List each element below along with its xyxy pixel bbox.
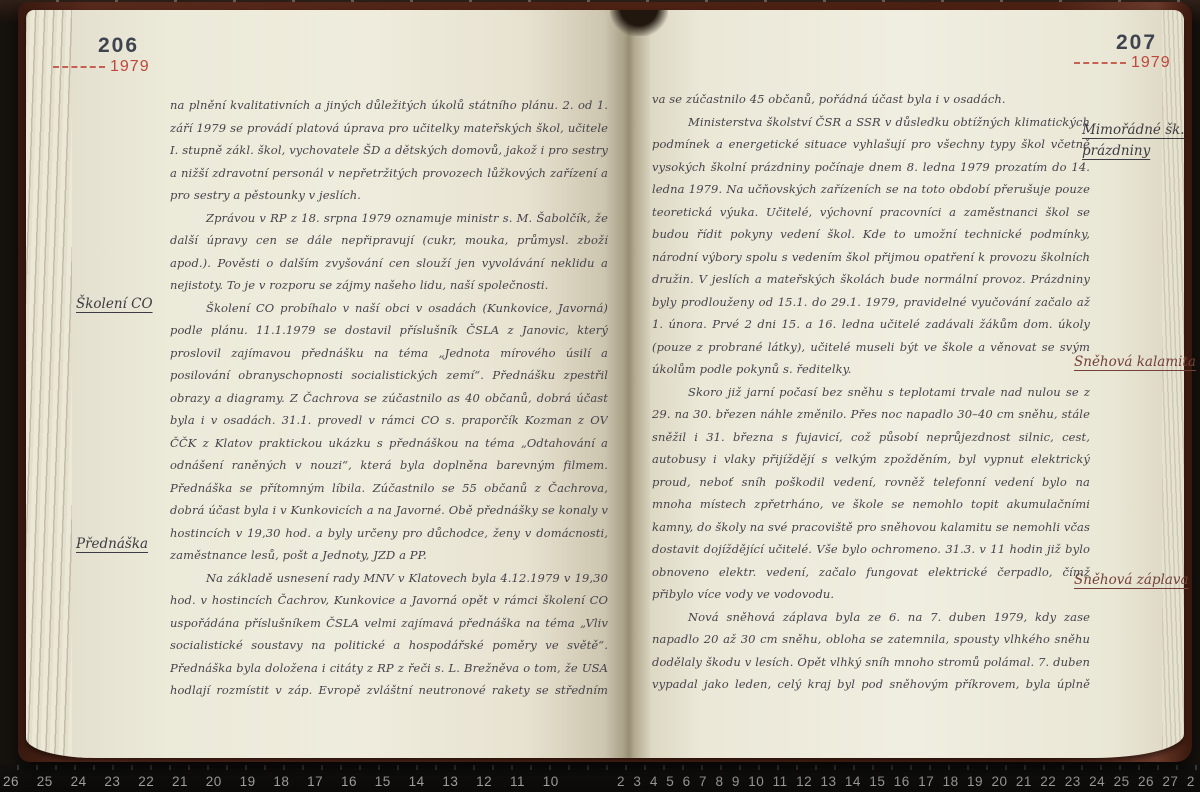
- ruler-number: 2: [1187, 774, 1195, 789]
- ruler-number: 26: [1138, 774, 1154, 789]
- paragraph: Nová sněhová záplava byla ze 6. na 7. du…: [652, 606, 1090, 693]
- ruler-number: 13: [442, 774, 458, 789]
- ruler-number: 17: [918, 774, 934, 789]
- paragraph: na plnění kvalitativních a jiných důleži…: [170, 94, 608, 207]
- ruler-number: 11: [773, 774, 788, 789]
- ruler-number: 12: [796, 774, 812, 789]
- year-label: 1979: [1131, 54, 1171, 72]
- ruler-number: 16: [341, 774, 357, 789]
- page-number-left: 206: [98, 34, 139, 58]
- ruler-number: 10: [543, 774, 559, 789]
- ruler-number: 25: [37, 774, 53, 789]
- year-stamp-right: 1979: [1074, 54, 1171, 72]
- handwritten-text-left: na plnění kvalitativních a jiných důleži…: [170, 94, 608, 698]
- ruler-number: 12: [476, 774, 492, 789]
- bottom-ruler-left-scale: 2625242322212019181716151413121110: [3, 774, 559, 789]
- ruler-number: 18: [943, 774, 959, 789]
- ruler-number: 22: [138, 774, 154, 789]
- paragraph: Na základě usnesení rady MNV v Klatovech…: [170, 567, 608, 699]
- margin-note-snehova-kalamita: Sněhová kalamita: [1074, 352, 1196, 373]
- ruler-number: 5: [666, 774, 674, 789]
- ruler-number: 2: [617, 774, 625, 789]
- ruler-number: 24: [1089, 774, 1105, 789]
- ruler-number: 19: [967, 774, 983, 789]
- ruler-number: 14: [409, 774, 425, 789]
- year-dash-line: [53, 66, 105, 68]
- margin-note-mimoradne-prazdniny: Mimořádné šk. prázdniny: [1082, 120, 1194, 162]
- ruler-number: 3: [633, 774, 641, 789]
- ruler-number: 7: [699, 774, 707, 789]
- ruler-number: 22: [1040, 774, 1056, 789]
- paragraph: Skoro již jarní počasí bez sněhu s teplo…: [652, 381, 1090, 606]
- margin-note-prednaska: Přednáška: [76, 534, 172, 555]
- ruler-number: 25: [1114, 774, 1130, 789]
- year-dash-line: [1074, 62, 1126, 64]
- ruler-number: 13: [821, 774, 837, 789]
- paragraph: Zprávou v RP z 18. srpna 1979 oznamuje m…: [170, 207, 608, 297]
- bottom-ruler-right-scale: 2345678910111213141516171819202122232425…: [617, 774, 1195, 789]
- ruler-number: 15: [375, 774, 391, 789]
- paragraph: Ministerstva školství ČSR a SSR v důsled…: [652, 111, 1090, 381]
- ruler-number: 9: [732, 774, 740, 789]
- ruler-number: 10: [748, 774, 764, 789]
- ruler-number: 24: [71, 774, 87, 789]
- page-number-right: 207: [1116, 31, 1157, 55]
- margin-note-skoleni-co: Školení CO: [76, 294, 172, 315]
- ruler-number: 21: [1016, 774, 1032, 789]
- ruler-number: 8: [715, 774, 723, 789]
- ruler-number: 4: [650, 774, 658, 789]
- paragraph: va se zúčastnilo 45 občanů, pořádná účas…: [652, 88, 1090, 111]
- ruler-number: 15: [869, 774, 885, 789]
- ruler-number: 20: [206, 774, 222, 789]
- book-gutter: [606, 10, 652, 758]
- open-chronicle-book: 206 1979 207 1979 Školení CO Přednáška M…: [8, 2, 1192, 768]
- scanned-chronicle-photo: { "book": { "left_page": { "number": "20…: [0, 0, 1200, 792]
- paragraph: Školení CO probíhalo v naší obci v osadá…: [170, 297, 608, 567]
- ruler-number: 18: [273, 774, 289, 789]
- ruler-number: 26: [3, 774, 19, 789]
- ruler-number: 14: [845, 774, 861, 789]
- margin-note-snehova-zaplava: Sněhová záplava: [1074, 570, 1196, 591]
- ruler-number: 17: [307, 774, 323, 789]
- bottom-ruler-strip: 2625242322212019181716151413121110 23456…: [0, 765, 1200, 792]
- ruler-number: 21: [172, 774, 188, 789]
- year-label: 1979: [110, 58, 150, 76]
- ruler-number: 6: [683, 774, 691, 789]
- ruler-number: 23: [1065, 774, 1081, 789]
- ruler-number: 11: [510, 774, 525, 789]
- spine-top-notch: [610, 10, 668, 36]
- ruler-number: 20: [991, 774, 1007, 789]
- handwritten-text-right: va se zúčastnilo 45 občanů, pořádná účas…: [652, 88, 1090, 692]
- ruler-number: 16: [894, 774, 910, 789]
- ruler-number: 23: [104, 774, 120, 789]
- year-stamp-left: 1979: [53, 58, 150, 76]
- ruler-number: 27: [1162, 774, 1178, 789]
- ruler-number: 19: [240, 774, 256, 789]
